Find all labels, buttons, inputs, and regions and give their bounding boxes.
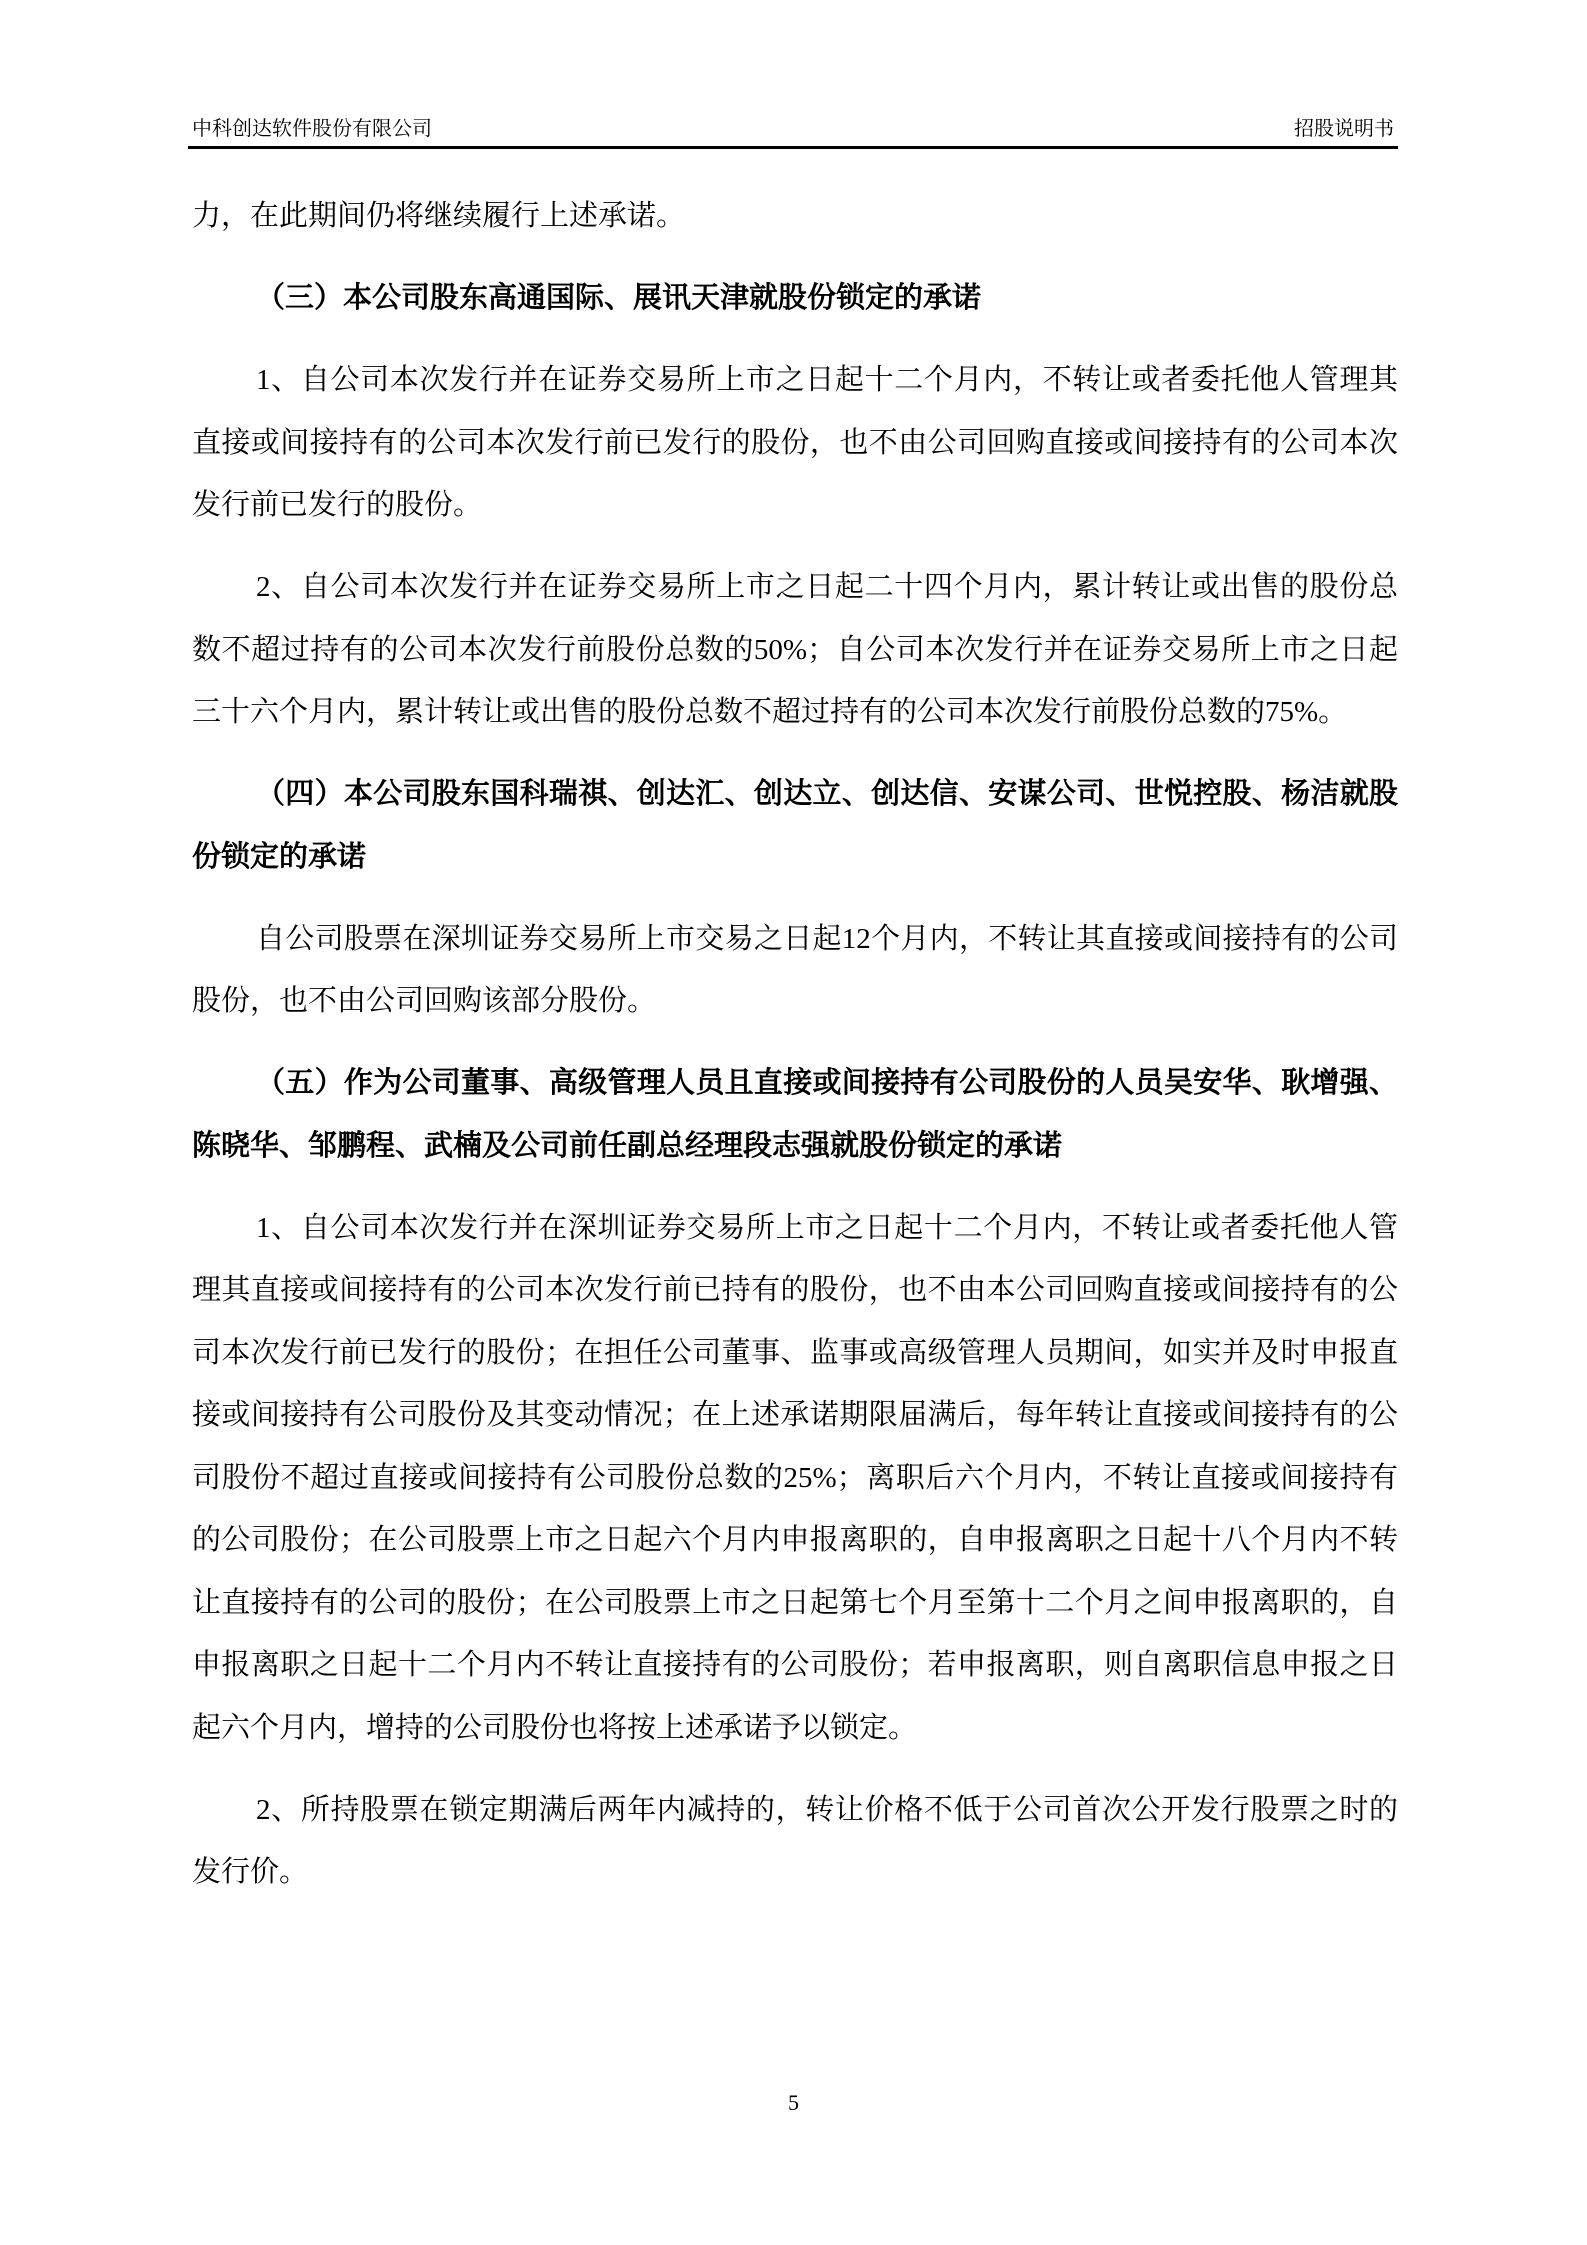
paragraph: 2、自公司本次发行并在证券交易所上市之日起二十四个月内，累计转让或出售的股份总数… <box>192 556 1398 744</box>
header-company-name: 中科创达软件股份有限公司 <box>192 112 432 146</box>
page-number: 5 <box>0 2088 1587 2118</box>
paragraph: 1、自公司本次发行并在深圳证券交易所上市之日起十二个月内，不转让或者委托他人管理… <box>192 1197 1398 1760</box>
page-header: 中科创达软件股份有限公司 招股说明书 <box>188 112 1398 146</box>
section-heading-5: （五）作为公司董事、高级管理人员且直接或间接持有公司股份的人员吴安华、耿增强、陈… <box>192 1052 1398 1177</box>
paragraph: 1、自公司本次发行并在证券交易所上市之日起十二个月内，不转让或者委托他人管理其直… <box>192 349 1398 537</box>
paragraph: 自公司股票在深圳证券交易所上市交易之日起12个月内，不转让其直接或间接持有的公司… <box>192 908 1398 1033</box>
section-heading-3: （三）本公司股东高通国际、展讯天津就股份锁定的承诺 <box>192 267 1398 330</box>
section-heading-4: （四）本公司股东国科瑞祺、创达汇、创达立、创达信、安谋公司、世悦控股、杨洁就股份… <box>192 763 1398 888</box>
paragraph-continuation: 力，在此期间仍将继续履行上述承诺。 <box>192 185 1398 248</box>
header-rule <box>188 146 1398 149</box>
paragraph: 2、所持股票在锁定期满后两年内减持的，转让价格不低于公司首次公开发行股票之时的发… <box>192 1779 1398 1904</box>
document-body: 力，在此期间仍将继续履行上述承诺。 （三）本公司股东高通国际、展讯天津就股份锁定… <box>192 185 1398 1904</box>
header-document-type: 招股说明书 <box>1294 112 1394 146</box>
